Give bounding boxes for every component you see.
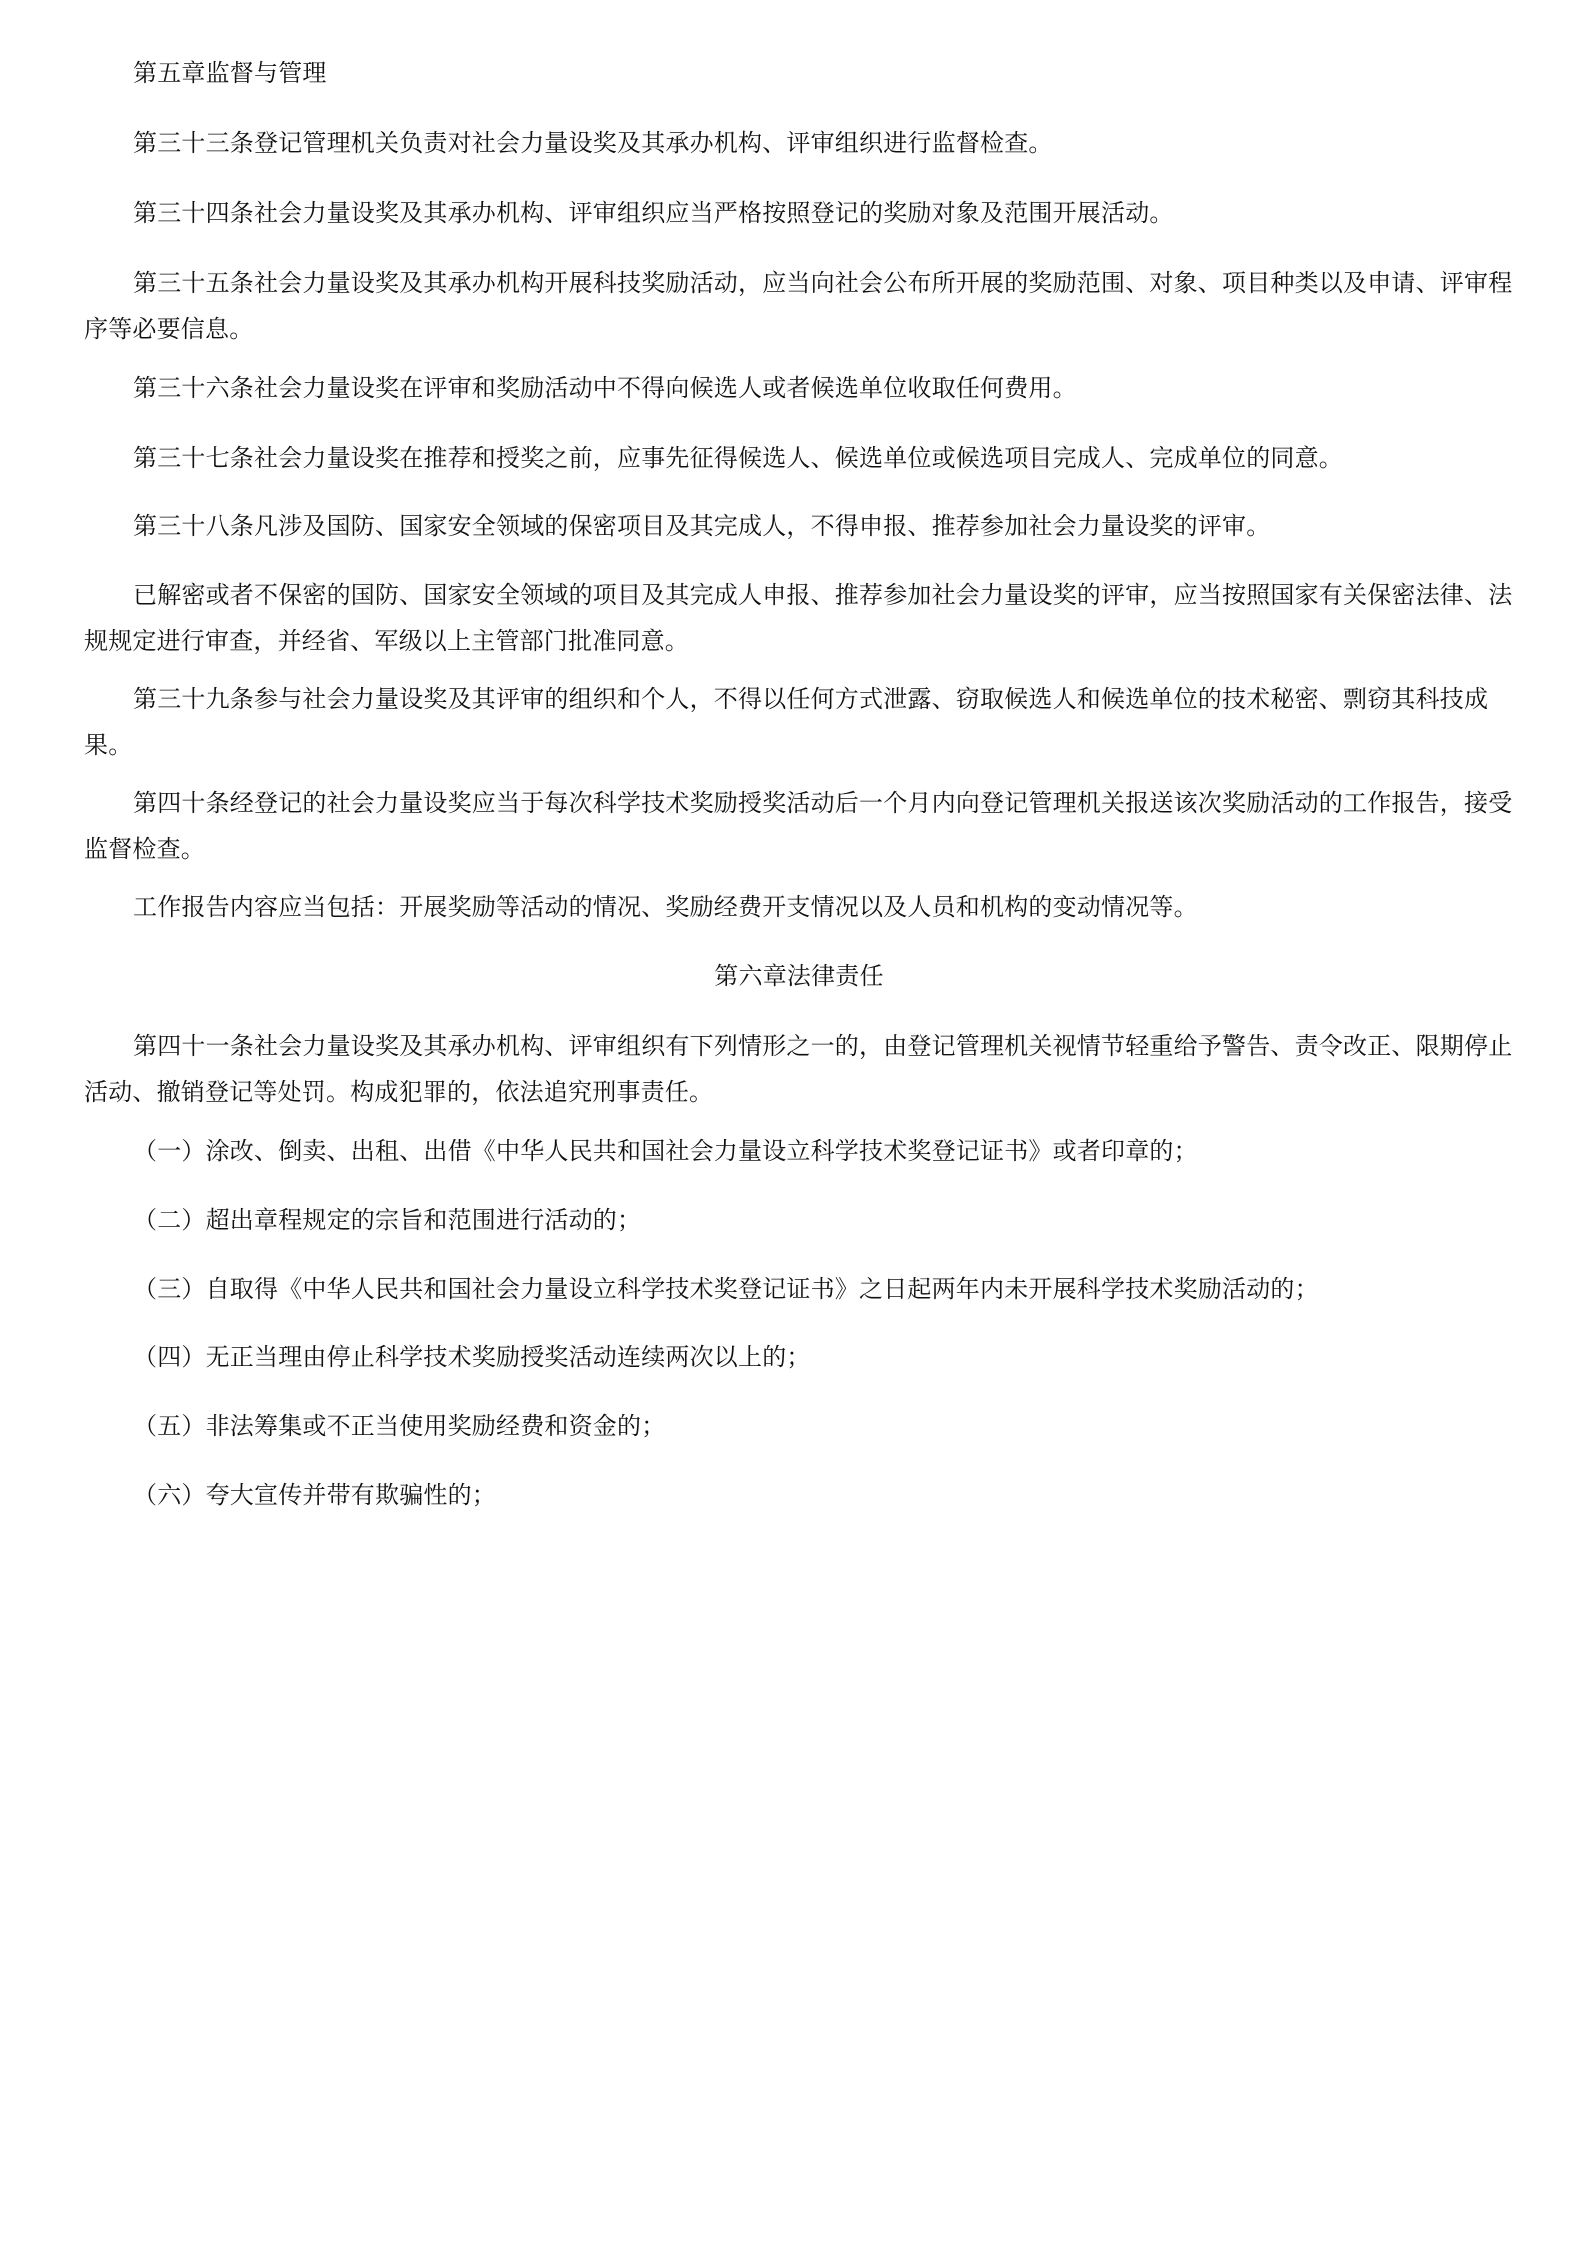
clause-2: （二）超出章程规定的宗旨和范围进行活动的； bbox=[84, 1197, 1514, 1243]
article-34: 第三十四条社会力量设奖及其承办机构、评审组织应当严格按照登记的奖励对象及范围开展… bbox=[84, 190, 1514, 236]
clause-1: （一）涂改、倒卖、出租、出借《中华人民共和国社会力量设立科学技术奖登记证书》或者… bbox=[84, 1128, 1514, 1174]
article-39: 第三十九条参与社会力量设奖及其评审的组织和个人，不得以任何方式泄露、窃取候选人和… bbox=[84, 676, 1514, 768]
article-40: 第四十条经登记的社会力量设奖应当于每次科学技术奖励授奖活动后一个月内向登记管理机… bbox=[84, 780, 1514, 872]
clause-5: （五）非法筹集或不正当使用奖励经费和资金的； bbox=[84, 1403, 1514, 1449]
chapter-6-heading: 第六章法律责任 bbox=[84, 953, 1514, 999]
article-37: 第三十七条社会力量设奖在推荐和授奖之前，应事先征得候选人、候选单位或候选项目完成… bbox=[84, 435, 1514, 481]
chapter-5-heading: 第五章监督与管理 bbox=[84, 50, 1514, 96]
article-36: 第三十六条社会力量设奖在评审和奖励活动中不得向候选人或者候选单位收取任何费用。 bbox=[84, 365, 1514, 411]
clause-4: （四）无正当理由停止科学技术奖励授奖活动连续两次以上的； bbox=[84, 1334, 1514, 1380]
article-38: 第三十八条凡涉及国防、国家安全领域的保密项目及其完成人，不得申报、推荐参加社会力… bbox=[84, 503, 1514, 549]
article-40-paragraph-2: 工作报告内容应当包括：开展奖励等活动的情况、奖励经费开支情况以及人员和机构的变动… bbox=[84, 884, 1514, 930]
article-38-paragraph-2: 已解密或者不保密的国防、国家安全领域的项目及其完成人申报、推荐参加社会力量设奖的… bbox=[84, 572, 1514, 664]
clause-6: （六）夸大宣传并带有欺骗性的； bbox=[84, 1472, 1514, 1518]
article-41: 第四十一条社会力量设奖及其承办机构、评审组织有下列情形之一的，由登记管理机关视情… bbox=[84, 1023, 1514, 1115]
clause-3: （三）自取得《中华人民共和国社会力量设立科学技术奖登记证书》之日起两年内未开展科… bbox=[84, 1266, 1514, 1312]
article-35: 第三十五条社会力量设奖及其承办机构开展科技奖励活动，应当向社会公布所开展的奖励范… bbox=[84, 260, 1514, 352]
article-33: 第三十三条登记管理机关负责对社会力量设奖及其承办机构、评审组织进行监督检查。 bbox=[84, 120, 1514, 166]
